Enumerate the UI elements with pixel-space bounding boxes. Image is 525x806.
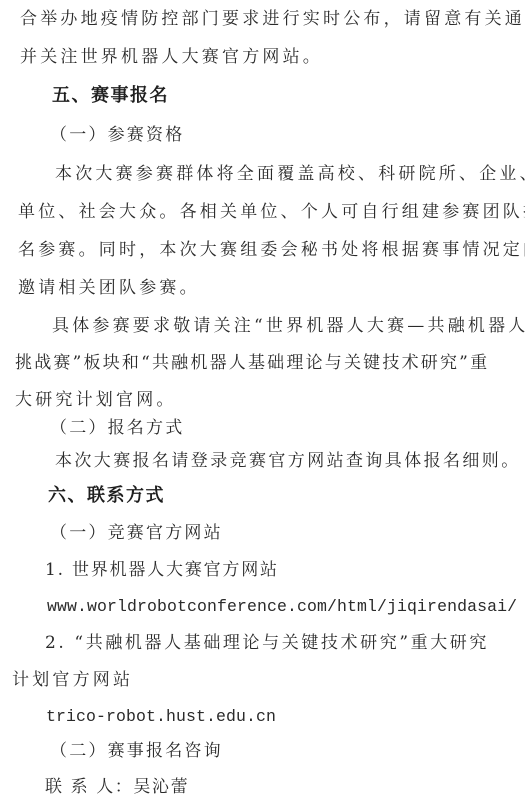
body-text-line: 本次大赛报名请登录竞赛官方网站查询具体报名细则。	[55, 450, 521, 472]
body-text-line: 名参赛。同时，本次大赛组委会秘书处将根据赛事情况定向	[18, 239, 525, 261]
website-link-worldrobotconference[interactable]: www.worldrobotconference.com/html/jiqire…	[47, 596, 517, 618]
website-item-2-title: 2. “共融机器人基础理论与关键技术研究”重大研究	[45, 632, 489, 654]
body-text-line: 具体参赛要求敬请关注“世界机器人大赛—共融机器人	[52, 315, 525, 337]
website-link-trico-robot[interactable]: trico-robot.hust.edu.cn	[46, 706, 276, 728]
subsection-heading-method: （二）报名方式	[50, 417, 184, 439]
section-heading-contact: 六、联系方式	[48, 485, 165, 507]
contact-person: 联 系 人：吴沁蕾	[45, 776, 189, 798]
subsection-heading-inquiry: （二）赛事报名咨询	[50, 740, 223, 762]
body-text-line: 并关注世界机器人大赛官方网站。	[20, 46, 323, 68]
body-text-line: 本次大赛参赛群体将全面覆盖高校、科研院所、企业、	[55, 163, 525, 185]
body-text-line: 邀请相关团队参赛。	[18, 277, 200, 299]
website-item-1-title: 1. 世界机器人大赛官方网站	[45, 559, 279, 581]
body-text-line: 单位、社会大众。各相关单位、个人可自行组建参赛团队报	[18, 201, 525, 223]
body-text-line: 挑战赛”板块和“共融机器人基础理论与关键技术研究”重	[15, 352, 489, 374]
subsection-heading-official-websites: （一）竞赛官方网站	[50, 522, 223, 544]
subsection-heading-eligibility: （一）参赛资格	[50, 124, 184, 146]
body-text-line: 合举办地疫情防控部门要求进行实时公布，请留意有关通知，	[20, 8, 525, 30]
section-heading-registration: 五、赛事报名	[52, 85, 169, 107]
body-text-line: 计划官方网站	[12, 669, 133, 691]
body-text-line: 大研究计划官网。	[15, 389, 177, 411]
